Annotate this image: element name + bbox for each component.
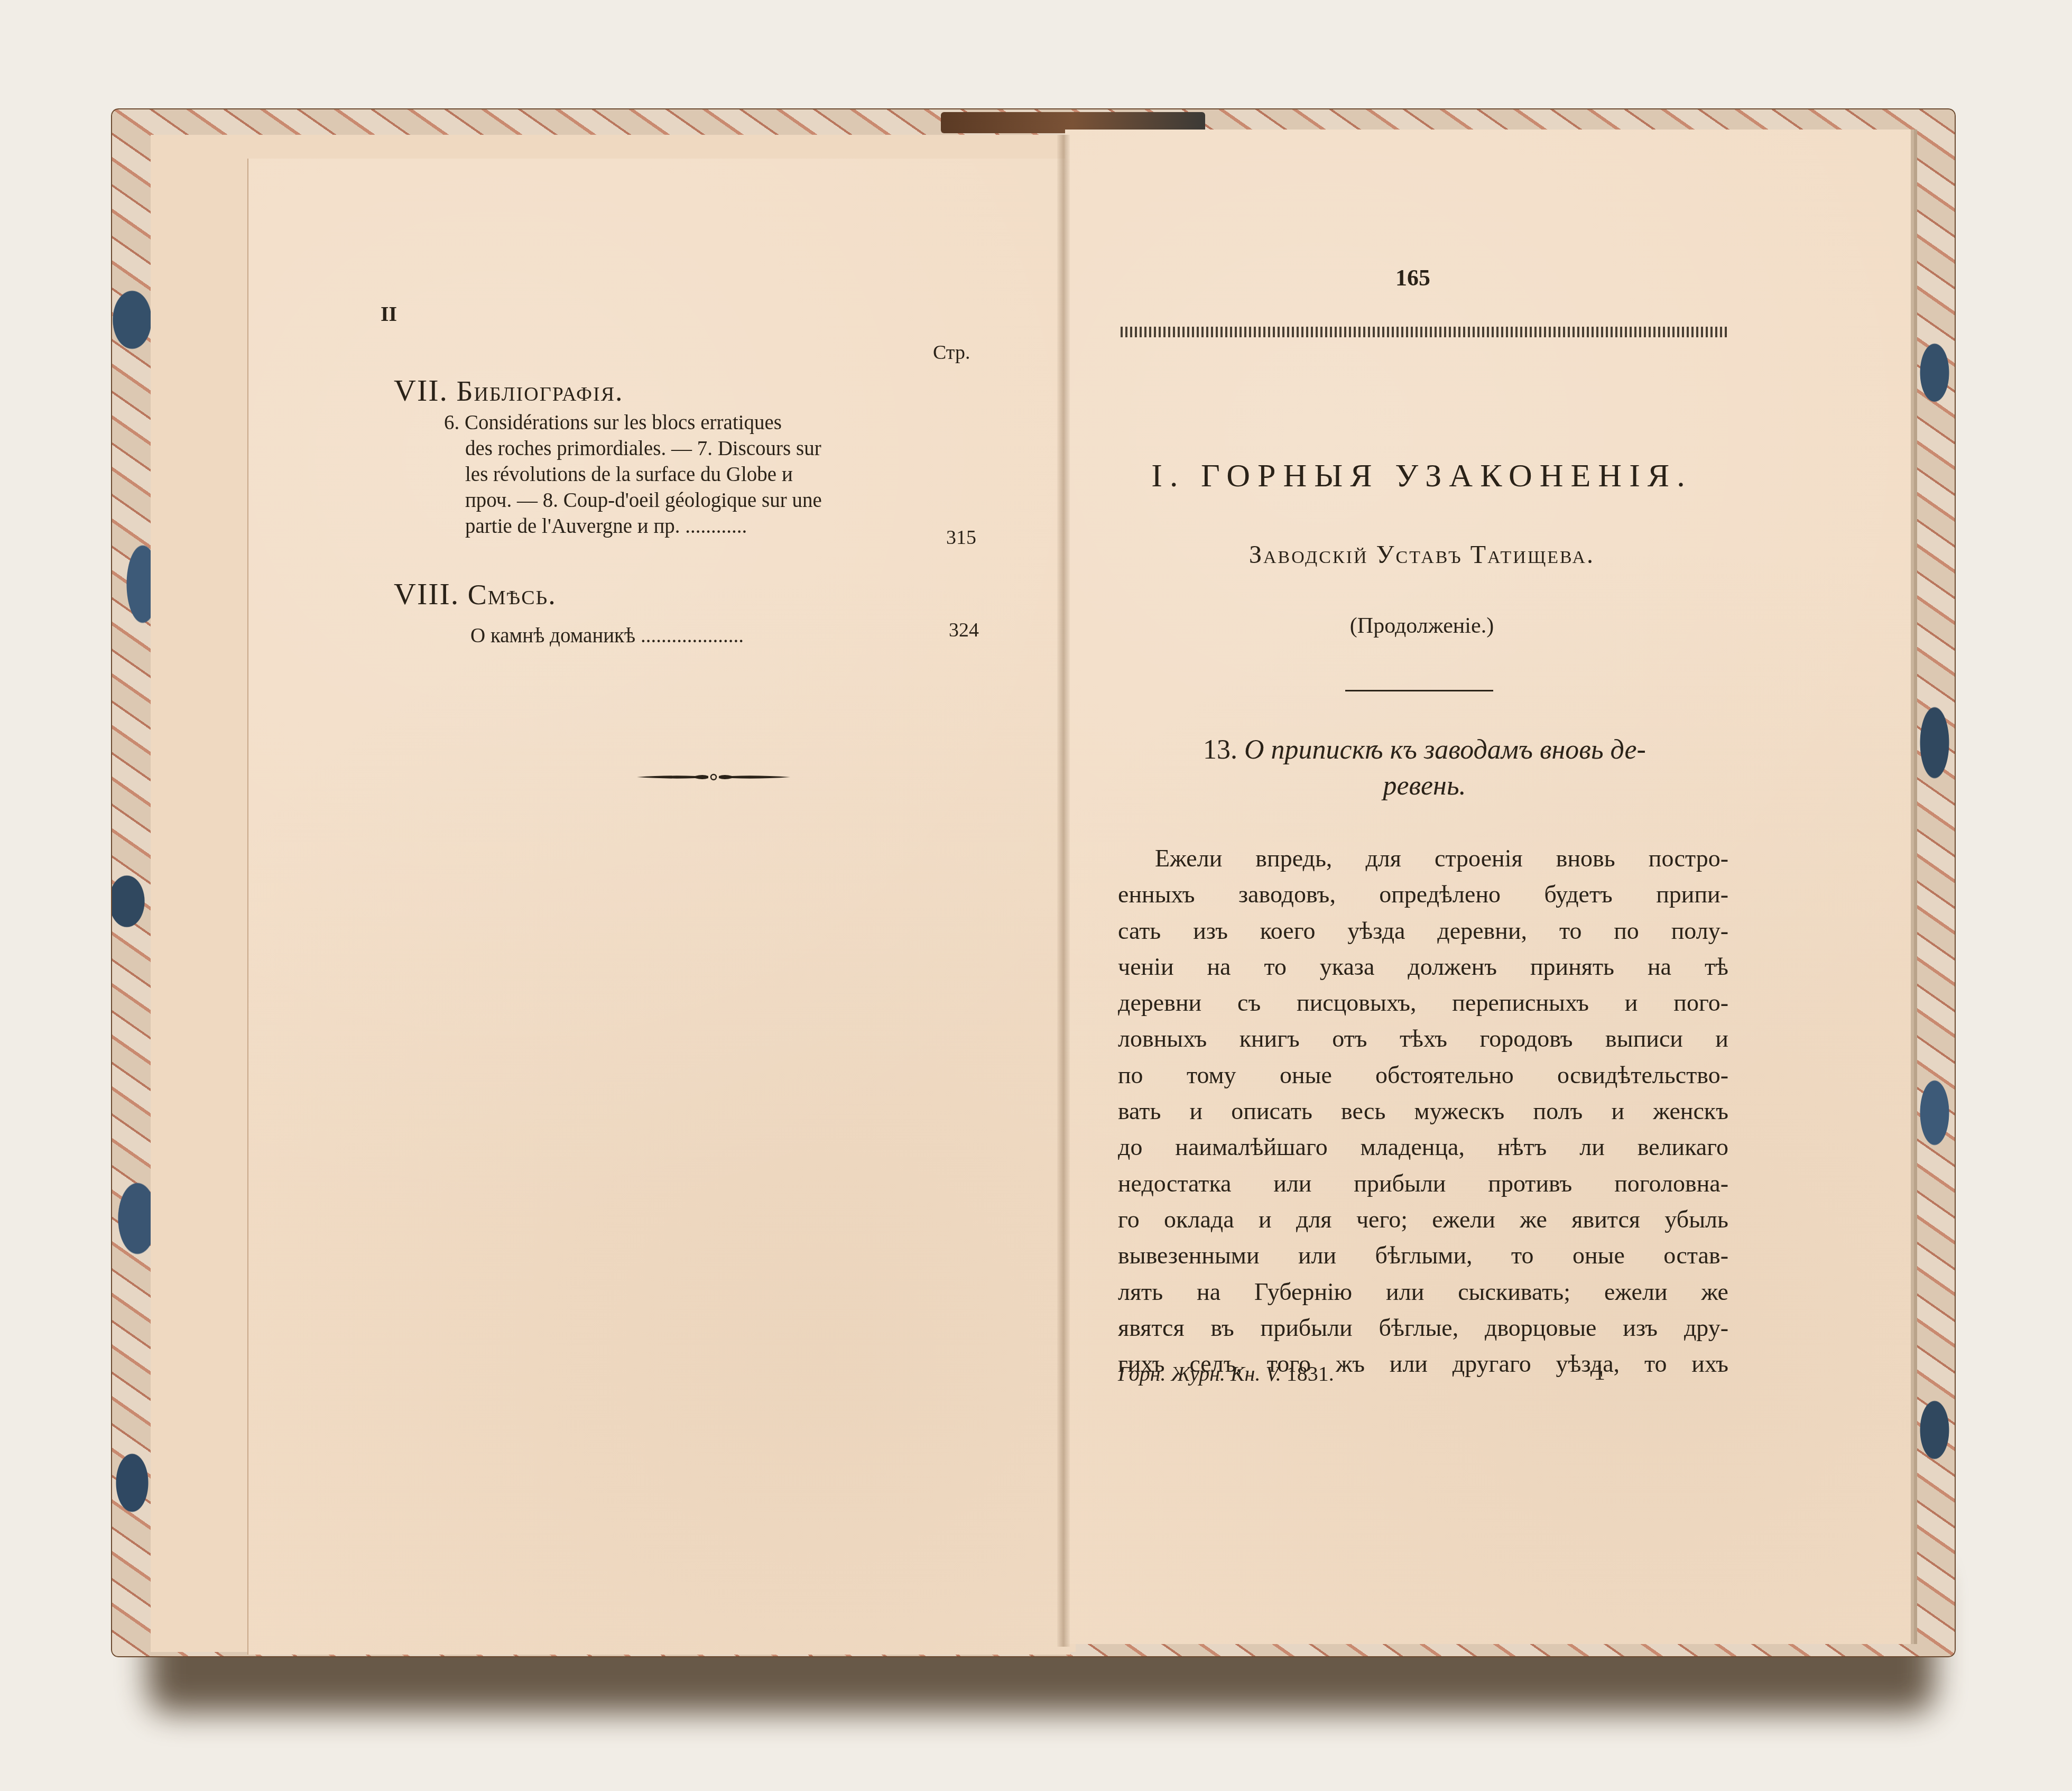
section-title: I. ГОРНЫЯ УЗАКОНЕНІЯ. [1118, 457, 1726, 495]
section-title: Библіографія. [457, 375, 624, 407]
body-line: до наималѣйшаго младенца, нѣтъ ли велика… [1118, 1129, 1728, 1165]
book-gutter [1057, 135, 1070, 1647]
section-numeral: VIII. [394, 577, 459, 611]
header-rule-ornament [1121, 327, 1728, 337]
toc-entry-line: проч. — 8. Coup-d'oeil géologique sur un… [465, 487, 930, 513]
body-line: сать изъ коего уѣзда деревни, то по полу… [1118, 913, 1728, 949]
dot-leader: .................... [641, 624, 744, 647]
document-subtitle: Заводскій Уставъ Татищева. [1118, 540, 1726, 569]
article-number: 13. [1203, 735, 1237, 765]
body-line: вывезенными или бѣглыми, то оные остав- [1118, 1238, 1728, 1273]
continuation-note: (Продолженіе.) [1118, 613, 1726, 639]
journal-abbreviation: Горн. Журн. Кн. V. [1118, 1362, 1281, 1386]
body-line: явятся въ прибыли бѣглые, дворцовые изъ … [1118, 1310, 1728, 1346]
toc-entry-bibliography: 6. Considérations sur les blocs erratiqu… [465, 410, 930, 539]
dot-leader: ............ [685, 515, 747, 538]
section-numeral: VII. [394, 373, 448, 408]
toc-entry-line: 6. Considérations sur les blocs erratiqu… [465, 410, 930, 436]
divider-rule [1345, 690, 1493, 691]
body-line: ловныхъ книгъ отъ тѣхъ городовъ выписи и [1118, 1021, 1728, 1057]
body-line: енныхъ заводовъ, опредѣлено будетъ припи… [1118, 876, 1728, 912]
signature-mark: 1 [1594, 1359, 1605, 1386]
left-page-number: II [381, 301, 397, 326]
page-footer: Горн. Журн. Кн. V. 1831. [1118, 1361, 1334, 1386]
right-page-number: 165 [1395, 264, 1430, 291]
toc-page-ref: 315 [946, 526, 976, 549]
body-line: деревни съ писцовыхъ, переписныхъ и пого… [1118, 985, 1728, 1021]
section-heading-viii: VIII. Смѣсь. [394, 576, 557, 612]
toc-entry-misc: О камнѣ доманикѣ .................... [470, 623, 936, 649]
page-column-header: Стр. [933, 341, 970, 364]
article-heading: 13. О припискѣ къ заводамъ вновь де- рев… [1131, 732, 1718, 804]
body-line: ченіи на то указа долженъ принять на тѣ [1118, 949, 1728, 985]
toc-entry-line: des roches primordiales. — 7. Discours s… [465, 436, 930, 461]
toc-entry-line: les révolutions de la surface du Globe и [465, 461, 930, 487]
article-body: Ежели впредь, для строенія вновь постро-… [1118, 841, 1728, 1382]
section-heading-vii: VII. Библіографія. [394, 373, 624, 408]
toc-entry-line: partie de l'Auvergne и пр. ............ [465, 513, 930, 539]
body-line: по тому оные обстоятельно освидѣтельство… [1118, 1057, 1728, 1093]
left-page [248, 159, 1070, 1655]
journal-year: 1831. [1287, 1362, 1334, 1386]
body-line: Ежели впредь, для строенія вновь постро- [1118, 841, 1728, 876]
body-line: го оклада и для чего; ежели же явится уб… [1118, 1202, 1728, 1238]
body-line: лять на Губернію или сыскивать; ежели же [1118, 1274, 1728, 1310]
tailpiece-ornament-icon [637, 773, 790, 781]
section-title: Смѣсь. [468, 579, 557, 611]
body-line: недостатка или прибыли противъ поголовна… [1118, 1166, 1728, 1202]
toc-page-ref: 324 [949, 618, 979, 642]
body-line: вать и описать весь мужескъ полъ и женск… [1118, 1093, 1728, 1129]
